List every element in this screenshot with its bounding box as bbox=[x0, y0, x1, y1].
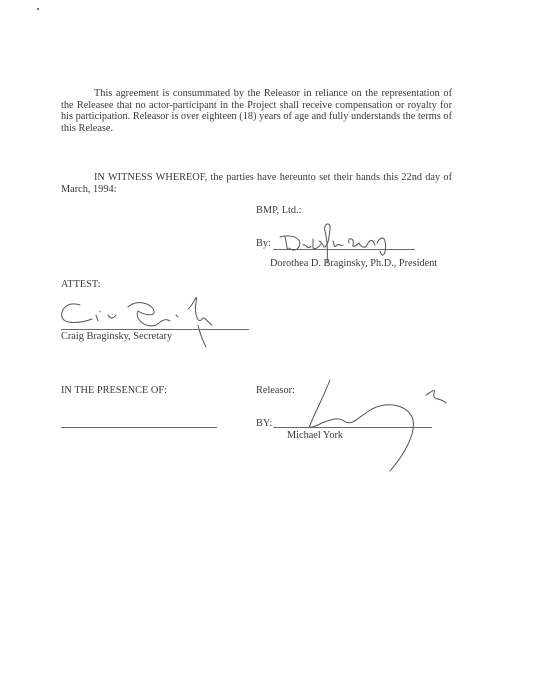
attest-signatory-name: Craig Braginsky, Secretary bbox=[61, 331, 172, 343]
paragraph-witness-text: IN WITNESS WHEREOF, the parties have her… bbox=[61, 172, 452, 195]
company-signatory-name: Dorothea D. Braginsky, Ph.D., President bbox=[270, 258, 437, 270]
presence-label: IN THE PRESENCE OF: bbox=[61, 385, 167, 397]
releasor-by-label: BY: bbox=[256, 418, 272, 430]
releasor-label: Releasor: bbox=[256, 385, 295, 397]
paragraph-consummation: This agreement is consummated by the Rel… bbox=[61, 88, 452, 134]
witness-signature-line[interactable] bbox=[61, 427, 217, 428]
paragraph-consummation-text: This agreement is consummated by the Rel… bbox=[61, 88, 452, 134]
signature-craig-braginsky bbox=[58, 285, 258, 355]
company-by-label: By: bbox=[256, 238, 271, 250]
attest-signature-line bbox=[61, 329, 249, 330]
scan-speck bbox=[37, 8, 39, 10]
paragraph-witness: IN WITNESS WHEREOF, the parties have her… bbox=[61, 172, 452, 195]
releasor-name: Michael York bbox=[287, 430, 343, 442]
